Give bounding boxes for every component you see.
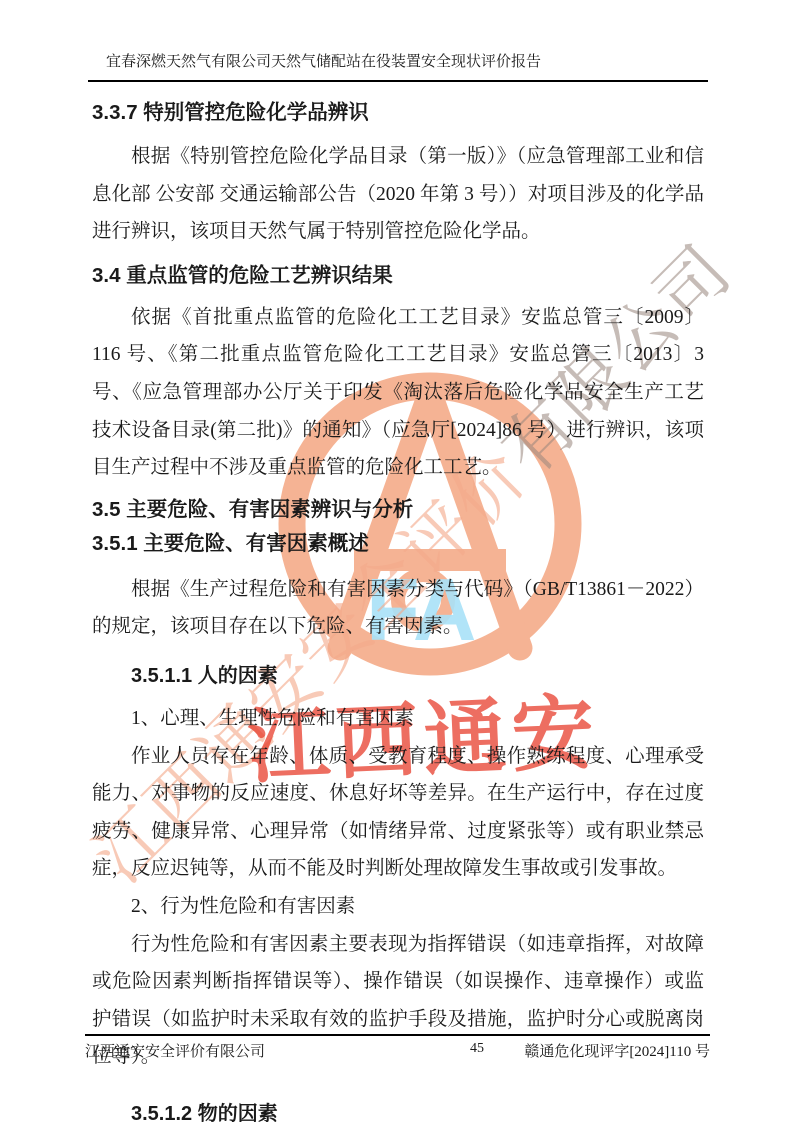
list-item-2-title: 2、行为性危险和有害因素 (92, 888, 704, 926)
heading-3-3-7: 3.3.7 特别管控危险化学品辨识 (92, 98, 704, 128)
footer-company: 江西通安安全评价有限公司 (85, 1042, 265, 1062)
paragraph-3-3-7: 根据《特别管控危险化学品目录（第一版）》（应急管理部工业和信息化部 公安部 交通… (92, 138, 704, 251)
paragraph-3-4: 依据《首批重点监管的危险化工工艺目录》安监总管三〔2009〕116 号、《第二批… (92, 299, 704, 487)
page-body: 3.3.7 特别管控危险化学品辨识 根据《特别管控危险化学品目录（第一版）》（应… (92, 96, 704, 1122)
heading-3-5-1-2: 3.5.1.2 物的因素 (131, 1100, 704, 1122)
paragraph-3-5-1: 根据《生产过程危险和有害因素分类与代码》（GB/T13861－2022）的规定，… (92, 571, 704, 646)
page-footer: 江西通安安全评价有限公司 45 赣通危化现评字[2024]110 号 (85, 1034, 710, 1041)
footer-doc-number: 赣通危化现评字[2024]110 号 (524, 1042, 710, 1062)
report-title: 宜春深燃天然气有限公司天然气储配站在役装置安全现状评价报告 (88, 52, 708, 72)
heading-3-5-1-1: 3.5.1.1 人的因素 (131, 662, 704, 690)
heading-3-5-1: 3.5.1 主要危险、有害因素概述 (92, 529, 704, 559)
heading-3-4: 3.4 重点监管的危险工艺辨识结果 (92, 261, 704, 291)
document-page: { "header": { "title": "宜春深燃天然气有限公司天然气储配… (0, 0, 793, 1122)
heading-3-5: 3.5 主要危险、有害因素辨识与分析 (92, 495, 704, 525)
list-item-1-body: 作业人员存在年龄、体质、受教育程度、操作熟练程度、心理承受能力、对事物的反应速度… (92, 738, 704, 888)
footer-page-number: 45 (470, 1039, 484, 1059)
page-header: 宜春深燃天然气有限公司天然气储配站在役装置安全现状评价报告 (88, 52, 708, 82)
list-item-1-title: 1、心理、生理性危险和有害因素 (92, 700, 704, 738)
